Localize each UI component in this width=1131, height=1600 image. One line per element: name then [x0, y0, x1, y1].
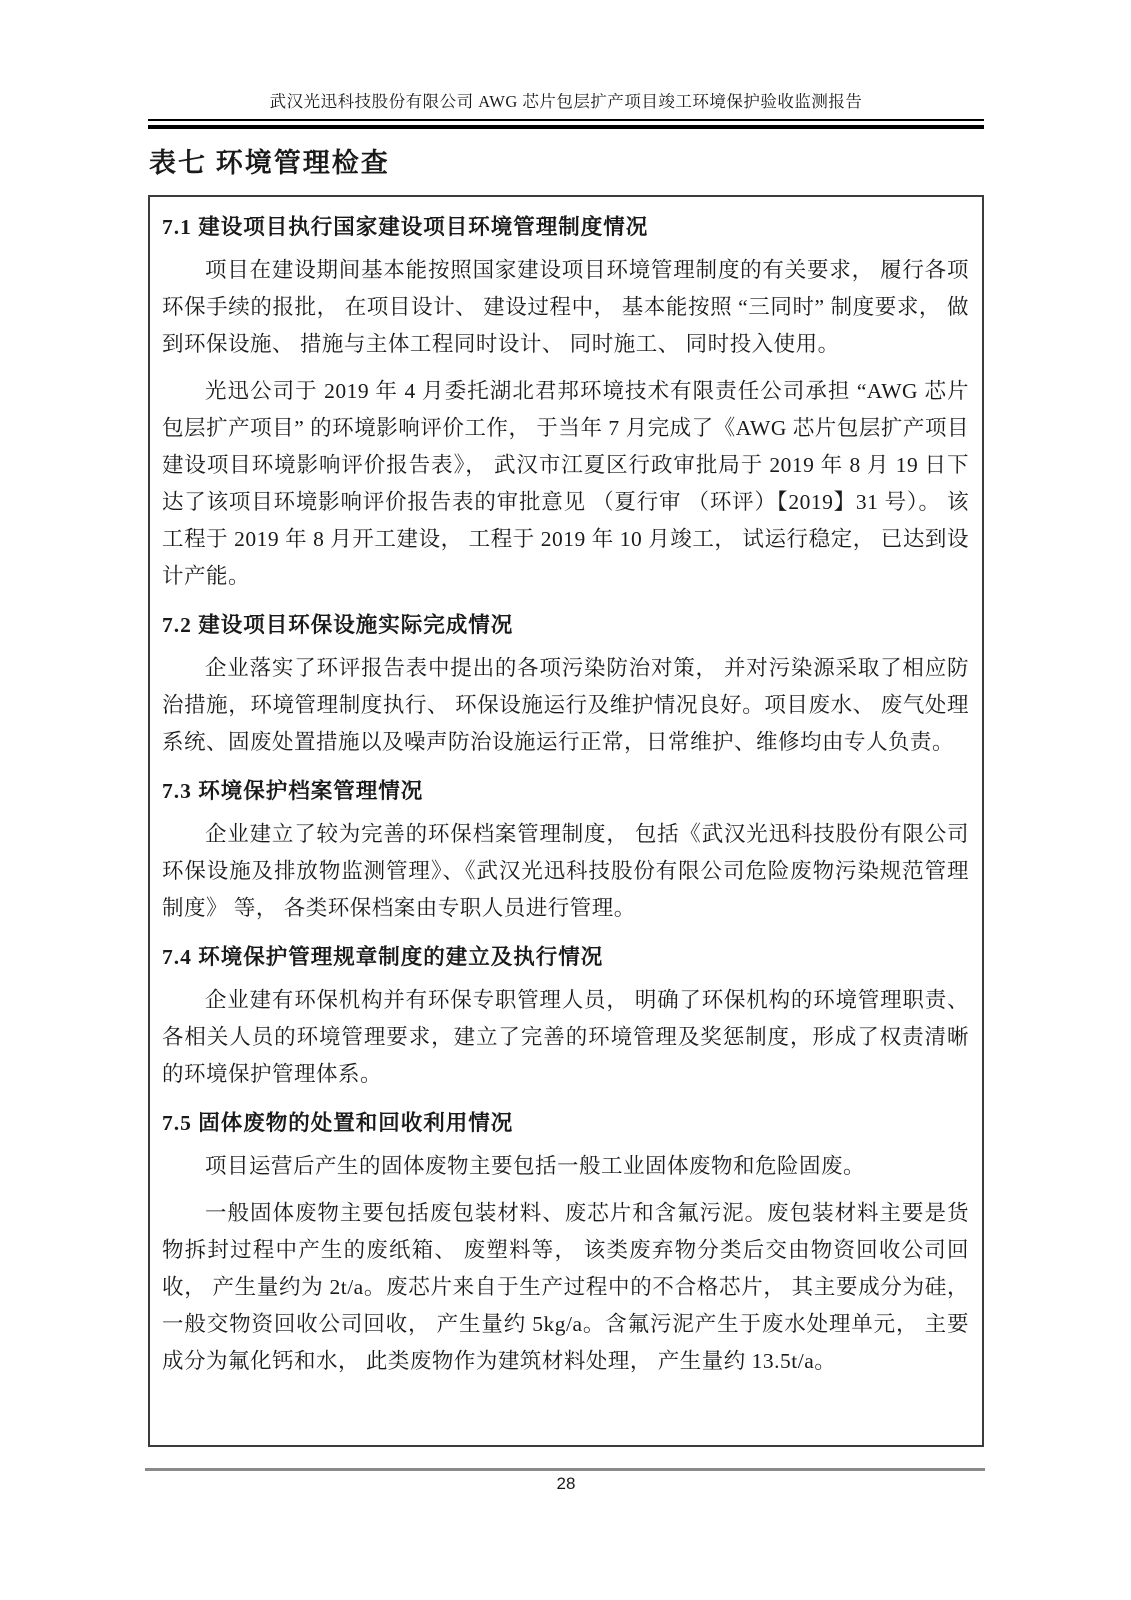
report-section: 7.1 建设项目执行国家建设项目环境管理制度情况 项目在建设期间基本能按照国家建…	[162, 213, 969, 595]
report-section: 7.4 环境保护管理规章制度的建立及执行情况 企业建有环保机构并有环保专职管理人…	[162, 943, 969, 1093]
page-title: 表七 环境管理检查	[149, 141, 390, 180]
section-paragraph: 企业建立了较为完善的环保档案管理制度， 包括《武汉光迅科技股份有限公司环保设施及…	[162, 816, 969, 927]
footer-rule	[145, 1468, 985, 1471]
section-heading: 7.5 固体废物的处置和回收利用情况	[162, 1109, 969, 1137]
header-double-rule	[148, 119, 984, 129]
running-header: 武汉光迅科技股份有限公司 AWG 芯片包层扩产项目竣工环境保护验收监测报告	[148, 88, 984, 112]
page-number: 28	[148, 1474, 984, 1494]
section-heading: 7.2 建设项目环保设施实际完成情况	[162, 611, 969, 639]
section-paragraph: 光迅公司于 2019 年 4 月委托湖北君邦环境技术有限责任公司承担 “AWG …	[162, 373, 969, 595]
content-box: 7.1 建设项目执行国家建设项目环境管理制度情况 项目在建设期间基本能按照国家建…	[148, 195, 984, 1447]
report-section: 7.2 建设项目环保设施实际完成情况 企业落实了环评报告表中提出的各项污染防治对…	[162, 611, 969, 761]
report-section: 7.5 固体废物的处置和回收利用情况 项目运营后产生的固体废物主要包括一般工业固…	[162, 1109, 969, 1380]
section-paragraph: 项目运营后产生的固体废物主要包括一般工业固体废物和危险固废。	[162, 1148, 969, 1185]
section-paragraph: 项目在建设期间基本能按照国家建设项目环境管理制度的有关要求， 履行各项环保手续的…	[162, 252, 969, 363]
section-heading: 7.3 环境保护档案管理情况	[162, 777, 969, 805]
section-paragraph: 企业建有环保机构并有环保专职管理人员， 明确了环保机构的环境管理职责、各相关人员…	[162, 982, 969, 1093]
section-paragraph: 一般固体废物主要包括废包装材料、废芯片和含氟污泥。废包装材料主要是货物拆封过程中…	[162, 1195, 969, 1380]
report-page: 武汉光迅科技股份有限公司 AWG 芯片包层扩产项目竣工环境保护验收监测报告 表七…	[0, 0, 1131, 1600]
report-section: 7.3 环境保护档案管理情况 企业建立了较为完善的环保档案管理制度， 包括《武汉…	[162, 777, 969, 927]
section-paragraph: 企业落实了环评报告表中提出的各项污染防治对策， 并对污染源采取了相应防治措施，环…	[162, 650, 969, 761]
section-heading: 7.4 环境保护管理规章制度的建立及执行情况	[162, 943, 969, 971]
section-heading: 7.1 建设项目执行国家建设项目环境管理制度情况	[162, 213, 969, 241]
